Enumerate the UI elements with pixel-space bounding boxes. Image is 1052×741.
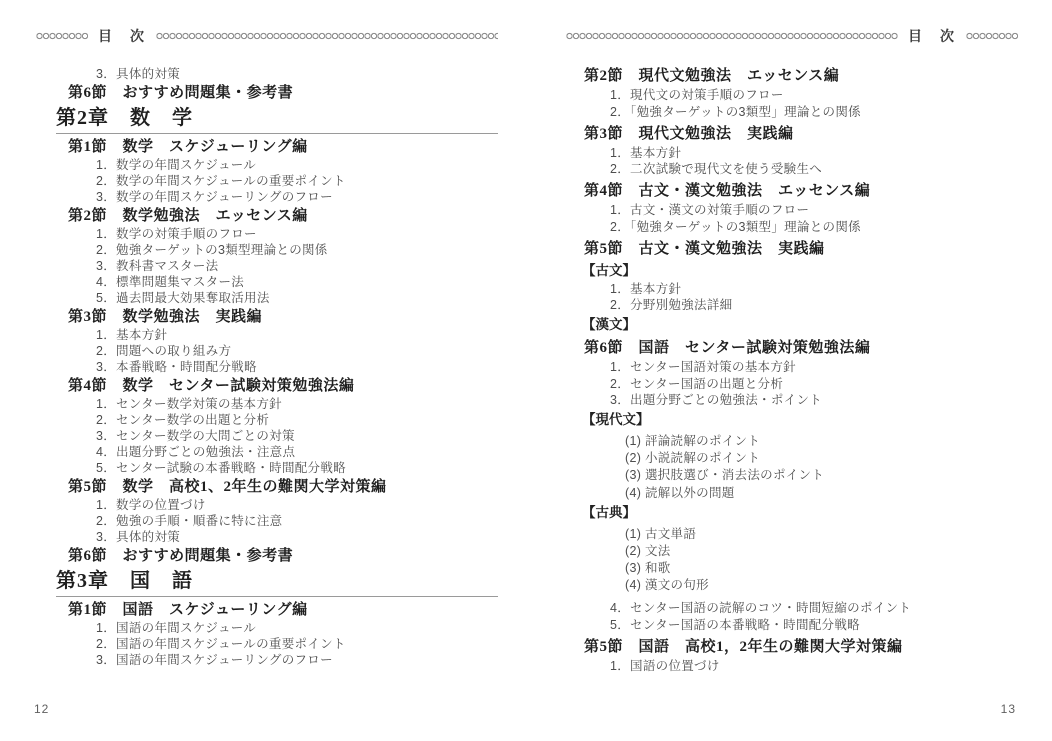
- toc-section-heading: 第5節 古文・漢文勉強法 実践編: [584, 240, 1018, 258]
- page-number: 13: [1001, 702, 1016, 716]
- toc-section-heading: 第2節 数学勉強法 エッセンス編: [68, 207, 498, 225]
- toc-item: 2．「勉強ターゲットの3類型」理論との関係: [610, 105, 1018, 119]
- toc-item: 5．過去問最大効果奪取活用法: [96, 291, 498, 305]
- toc-item: 2．国語の年間スケジュールの重要ポイント: [96, 637, 498, 651]
- toc-category-label: 【漢文】: [582, 317, 1018, 333]
- toc-item: 2．勉強ターゲットの3類型理論との関係: [96, 243, 498, 257]
- toc-item: 1．センター数学対策の基本方針: [96, 397, 498, 411]
- toc-item: 3．教科書マスター法: [96, 259, 498, 273]
- toc-item: 1．国語の位置づけ: [610, 659, 1018, 673]
- toc-item: 2．センター数学の出題と分析: [96, 413, 498, 427]
- toc-item: 1．古文・漢文の対策手順のフロー: [610, 203, 1018, 217]
- toc-page-right: 目 次 第2節 現代文勉強法 エッセンス編1．現代文の対策手順のフロー2．「勉強…: [566, 22, 1018, 675]
- toc-sub-item: (4) 読解以外の問題: [625, 486, 1018, 500]
- toc-item: 1．センター国語対策の基本方針: [610, 360, 1018, 374]
- toc-item: 1．数学の位置づけ: [96, 498, 498, 512]
- wavy-rule: [566, 32, 898, 40]
- toc-section-heading: 第6節 おすすめ問題集・参考書: [68, 84, 498, 102]
- toc-item: 2．二次試験で現代文を使う受験生へ: [610, 162, 1018, 176]
- toc-page-header: 目 次: [566, 27, 1018, 45]
- toc-item: 4．標準問題集マスター法: [96, 275, 498, 289]
- toc-item: 1．基本方針: [610, 146, 1018, 160]
- toc-item: 3．具体的対策: [96, 530, 498, 544]
- toc-sub-item: (1) 古文単語: [625, 527, 1018, 541]
- toc-section-heading: 第5節 数学 高校1、2年生の難関大学対策編: [68, 478, 498, 496]
- toc-item: 3．数学の年間スケジューリングのフロー: [96, 190, 498, 204]
- toc-item: 4．出題分野ごとの勉強法・注意点: [96, 445, 498, 459]
- toc-item: 3．本番戦略・時間配分戦略: [96, 360, 498, 374]
- toc-page-left: 目 次 3．具体的対策第6節 おすすめ問題集・参考書第2章 数 学第1節 数学 …: [36, 22, 498, 669]
- toc-item: 5．センター国語の本番戦略・時間配分戦略: [610, 618, 1018, 632]
- toc-section-heading: 第3節 現代文勉強法 実践編: [584, 125, 1018, 143]
- toc-chapter-heading: 第2章 数 学: [56, 107, 498, 134]
- toc-entry-list: 3．具体的対策第6節 おすすめ問題集・参考書第2章 数 学第1節 数学 スケジュ…: [36, 67, 498, 667]
- toc-category-label: 【古文】: [582, 263, 1018, 279]
- toc-section-heading: 第3節 数学勉強法 実践編: [68, 308, 498, 326]
- toc-item: 3．センター数学の大問ごとの対策: [96, 429, 498, 443]
- toc-item: 3．国語の年間スケジューリングのフロー: [96, 653, 498, 667]
- wavy-rule: [966, 32, 1018, 40]
- toc-sub-item: (1) 評論読解のポイント: [625, 434, 1018, 448]
- toc-section-heading: 第1節 数学 スケジューリング編: [68, 138, 498, 156]
- toc-sub-item: (3) 選択肢選び・消去法のポイント: [625, 468, 1018, 482]
- toc-sub-item: (4) 漢文の句形: [625, 578, 1018, 592]
- toc-item: 2．問題への取り組み方: [96, 344, 498, 358]
- toc-item: 2．分野別勉強法詳細: [610, 298, 1018, 312]
- toc-item: 1．国語の年間スケジュール: [96, 621, 498, 635]
- toc-item: 2．数学の年間スケジュールの重要ポイント: [96, 174, 498, 188]
- toc-sub-item: (2) 文法: [625, 544, 1018, 558]
- toc-header-title: 目 次: [98, 26, 146, 46]
- toc-header-title: 目 次: [908, 26, 956, 46]
- toc-sub-item: (3) 和歌: [625, 561, 1018, 575]
- toc-page-header: 目 次: [36, 27, 498, 45]
- toc-category-label: 【現代文】: [582, 412, 1018, 428]
- toc-item: 1．基本方針: [610, 282, 1018, 296]
- toc-item: 3．出題分野ごとの勉強法・ポイント: [610, 393, 1018, 407]
- wavy-rule: [36, 32, 88, 40]
- toc-sub-item: (2) 小説読解のポイント: [625, 451, 1018, 465]
- toc-item: 2．「勉強ターゲットの3類型」理論との関係: [610, 220, 1018, 234]
- toc-item: 5．センター試験の本番戦略・時間配分戦略: [96, 461, 498, 475]
- toc-item: 4．センター国語の読解のコツ・時間短縮のポイント: [610, 601, 1018, 615]
- toc-item: 1．数学の対策手順のフロー: [96, 227, 498, 241]
- toc-section-heading: 第5節 国語 高校1，2年生の難関大学対策編: [584, 638, 1018, 656]
- wavy-rule: [156, 32, 498, 40]
- toc-item: 1．基本方針: [96, 328, 498, 342]
- toc-section-heading: 第6節 国語 センター試験対策勉強法編: [584, 339, 1018, 357]
- toc-item: 2．勉強の手順・順番に特に注意: [96, 514, 498, 528]
- toc-item: 1．数学の年間スケジュール: [96, 158, 498, 172]
- toc-item: 2．センター国語の出題と分析: [610, 377, 1018, 391]
- toc-section-heading: 第2節 現代文勉強法 エッセンス編: [584, 67, 1018, 85]
- toc-item: 3．具体的対策: [96, 67, 498, 81]
- toc-section-heading: 第4節 古文・漢文勉強法 エッセンス編: [584, 182, 1018, 200]
- toc-section-heading: 第4節 数学 センター試験対策勉強法編: [68, 377, 498, 395]
- page-number: 12: [34, 702, 49, 716]
- toc-entry-list: 第2節 現代文勉強法 エッセンス編1．現代文の対策手順のフロー2．「勉強ターゲッ…: [566, 67, 1018, 673]
- toc-section-heading: 第6節 おすすめ問題集・参考書: [68, 547, 498, 565]
- toc-item: 1．現代文の対策手順のフロー: [610, 88, 1018, 102]
- toc-category-label: 【古典】: [582, 505, 1018, 521]
- toc-section-heading: 第1節 国語 スケジューリング編: [68, 601, 498, 619]
- toc-chapter-heading: 第3章 国 語: [56, 570, 498, 597]
